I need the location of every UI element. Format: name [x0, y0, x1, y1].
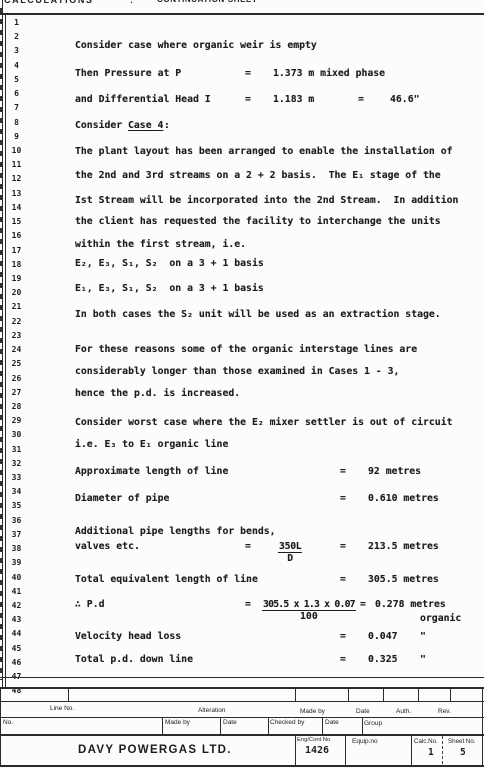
typewritten-line: For these reasons some of the organic in… — [0, 344, 484, 357]
text-segment: Additional pipe lengths for bends, — [75, 526, 276, 538]
calc-no-label: Calc.No. — [414, 738, 438, 745]
content-bottom-rule — [0, 677, 484, 678]
text-segment: = — [340, 631, 346, 643]
line-number: 11 — [7, 160, 26, 169]
line-number: 28 — [7, 402, 26, 411]
company-name: DAVY POWERGAS LTD. — [78, 744, 232, 756]
footer-left-edge — [0, 687, 1, 767]
sheet-header: CALCULATIONS : CONTINUATION SHEET — [0, 0, 484, 8]
auth-label: Auth. — [396, 708, 411, 715]
line-number: 1 — [7, 18, 26, 27]
text-segment: = — [358, 94, 364, 106]
made-by-label: Made by — [165, 719, 190, 726]
typewritten-line: Consider case where organic weir is empt… — [0, 40, 484, 53]
alteration-label: Alteration — [198, 707, 225, 714]
eng-cont-value: 1426 — [305, 746, 329, 756]
fraction-numerator: 350L — [278, 541, 302, 553]
text-segment: In both cases the S₂ unit will be used a… — [75, 309, 441, 321]
cell-divider-dashed — [442, 736, 443, 764]
cell-divider — [411, 734, 412, 765]
text-segment: Total equivalent length of line — [75, 574, 258, 586]
typewritten-line: Approximate length of line=92 metres — [0, 466, 484, 479]
text-segment: 1.183 m — [273, 94, 314, 106]
text-segment: = — [245, 599, 251, 611]
text-segment: = — [340, 493, 346, 505]
text-segment: = — [245, 541, 251, 553]
typewritten-line: hence the p.d. is increased. — [0, 388, 484, 401]
text-segment: Velocity head loss — [75, 631, 181, 643]
typewritten-line: Velocity head loss=0.047" — [0, 631, 484, 644]
sheet-no-value: 5 — [460, 748, 466, 758]
text-segment: hence the p.d. is increased. — [75, 388, 240, 400]
calc-no-value: 1 — [428, 748, 434, 758]
group-label: Group — [364, 720, 382, 727]
text-segment: ∴ P.d — [75, 599, 105, 611]
text-segment: within the first stream, i.e. — [75, 239, 246, 251]
footer-right-edge — [482, 687, 483, 767]
typewritten-line: Total equivalent length of line=305.5 me… — [0, 574, 484, 587]
header-title-left: CALCULATIONS — [4, 0, 94, 5]
fraction-denominator: D — [287, 553, 293, 564]
scanned-calculation-sheet: CALCULATIONS : CONTINUATION SHEET 123456… — [0, 0, 484, 768]
line-no-label: Line No. — [50, 705, 74, 712]
typewritten-line: organic — [0, 613, 484, 626]
typewritten-line: valves etc.=350LD=213.5 metres — [0, 541, 484, 554]
cell-divider — [162, 717, 163, 734]
text-segment: Total p.d. down line — [75, 654, 193, 666]
text-segment: = — [360, 599, 366, 611]
line-number: 9 — [7, 132, 26, 141]
text-segment: the client has requested the facility to… — [75, 216, 441, 228]
top-rule — [0, 13, 484, 15]
typewritten-line: the 2nd and 3rd streams on a 2 + 2 basis… — [0, 170, 484, 183]
text-segment: = — [340, 541, 346, 553]
text-segment: = — [340, 574, 346, 586]
footer-top-rule — [0, 687, 484, 689]
text-segment: 213.5 metres — [368, 541, 439, 553]
cell-divider — [322, 717, 323, 734]
text-segment: and Differential Head I — [75, 94, 211, 106]
typewritten-line: E₂, E₃, S₁, S₂ on a 3 + 1 basis — [0, 258, 484, 271]
line-number: 45 — [7, 644, 26, 653]
header-separator: : — [130, 0, 133, 5]
text-segment: = — [245, 94, 251, 106]
text-segment: E₁, E₃, S₁, S₂ on a 3 + 1 basis — [75, 283, 264, 295]
checked-by-label: Checked by — [270, 719, 304, 726]
footer-rule — [0, 701, 484, 702]
made-by-label: Made by — [300, 708, 325, 715]
date-label: Date — [223, 719, 237, 726]
text-segment: 0.610 metres — [368, 493, 439, 505]
line-number: 36 — [7, 516, 26, 525]
typewritten-line: Additional pipe lengths for bends, — [0, 526, 484, 539]
typewritten-line: Diameter of pipe=0.610 metres — [0, 493, 484, 506]
text-segment: E₂, E₃, S₁, S₂ on a 3 + 1 basis — [75, 258, 264, 270]
typewritten-line: the client has requested the facility to… — [0, 216, 484, 229]
date-label: Date — [356, 708, 370, 715]
cell-divider — [295, 688, 296, 701]
typewritten-line: Total p.d. down line=0.325" — [0, 654, 484, 667]
line-number: 39 — [7, 558, 26, 567]
typewritten-line: considerably longer than those examined … — [0, 366, 484, 379]
text-segment: Consider worst case where the E₂ mixer s… — [75, 417, 453, 429]
typewritten-line: within the first stream, i.e. — [0, 239, 484, 252]
text-segment: Ist Stream will be incorporated into the… — [75, 195, 458, 207]
typewritten-line: The plant layout has been arranged to en… — [0, 146, 484, 159]
typewritten-line: i.e. E₃ to E₁ organic line — [0, 439, 484, 452]
text-segment: 305.5 metres — [368, 574, 439, 586]
sheet-no-label: Sheet No. — [448, 738, 476, 745]
text-segment: Consider case where organic weir is empt… — [75, 40, 317, 52]
text-segment: 1.373 m mixed phase — [273, 68, 385, 80]
text-segment: " — [420, 654, 426, 666]
eng-cont-label: Eng/Cont No — [297, 737, 330, 744]
text-segment: Diameter of pipe — [75, 493, 169, 505]
header-title-right: CONTINUATION SHEET — [157, 0, 257, 4]
text-segment: " — [420, 631, 426, 643]
text-segment: 92 metres — [368, 466, 421, 478]
cell-divider — [68, 688, 69, 701]
text-segment: i.e. E₃ to E₁ organic line — [75, 439, 228, 451]
line-number: 19 — [7, 274, 26, 283]
text-segment: : — [164, 120, 170, 132]
typewritten-line: Then Pressure at P=1.373 m mixed phase — [0, 68, 484, 81]
text-segment: Then Pressure at P — [75, 68, 181, 80]
cell-divider — [220, 717, 221, 734]
cell-divider — [295, 734, 296, 765]
typewritten-line: Ist Stream will be incorporated into the… — [0, 195, 484, 208]
text-segment: the 2nd and 3rd streams on a 2 + 2 basis… — [75, 170, 441, 182]
underlined-text: Case 4 — [128, 120, 163, 132]
text-segment: Approximate length of line — [75, 466, 228, 478]
text-segment: organic — [420, 613, 461, 625]
line-number: 41 — [7, 587, 26, 596]
typewritten-line: ConsiderCase 4: — [0, 120, 484, 133]
fraction-numerator: 305.5 x 1.3 x 0.07 — [262, 599, 356, 611]
cell-divider — [362, 717, 363, 734]
cell-divider — [268, 717, 269, 734]
typewritten-line: E₁, E₃, S₁, S₂ on a 3 + 1 basis — [0, 283, 484, 296]
rev-label: Rev. — [438, 708, 451, 715]
cell-divider — [418, 688, 419, 701]
text-segment: = — [245, 68, 251, 80]
text-segment: The plant layout has been arranged to en… — [75, 146, 453, 158]
text-segment: 0.278 metres — [375, 599, 446, 611]
cell-divider — [345, 734, 346, 765]
fraction: 350LD — [278, 541, 302, 564]
typewritten-line: Consider worst case where the E₂ mixer s… — [0, 417, 484, 430]
cell-divider — [348, 688, 349, 701]
equip-no-label: Equip.no — [352, 738, 378, 745]
date-label: Date — [325, 719, 339, 726]
text-segment: = — [340, 466, 346, 478]
text-segment: Consider — [75, 120, 122, 132]
text-segment: For these reasons some of the organic in… — [75, 344, 417, 356]
line-number: 23 — [7, 331, 26, 340]
footer-rule — [0, 717, 484, 718]
cell-divider — [450, 688, 451, 701]
cell-divider — [383, 688, 384, 701]
text-segment: 46.6" — [390, 94, 420, 106]
typewritten-line: and Differential Head I=1.183 m=46.6" — [0, 94, 484, 107]
typewritten-line: ∴ P.d=305.5 x 1.3 x 0.07100=0.278 metres — [0, 599, 484, 612]
text-segment: = — [340, 654, 346, 666]
text-segment: valves etc. — [75, 541, 140, 553]
footer-bottom-rule — [0, 765, 484, 767]
text-segment: 0.325 — [368, 654, 398, 666]
no-label: No. — [3, 719, 13, 726]
text-segment: considerably longer than those examined … — [75, 366, 399, 378]
typewritten-line: In both cases the S₂ unit will be used a… — [0, 309, 484, 322]
text-segment: 0.047 — [368, 631, 398, 643]
